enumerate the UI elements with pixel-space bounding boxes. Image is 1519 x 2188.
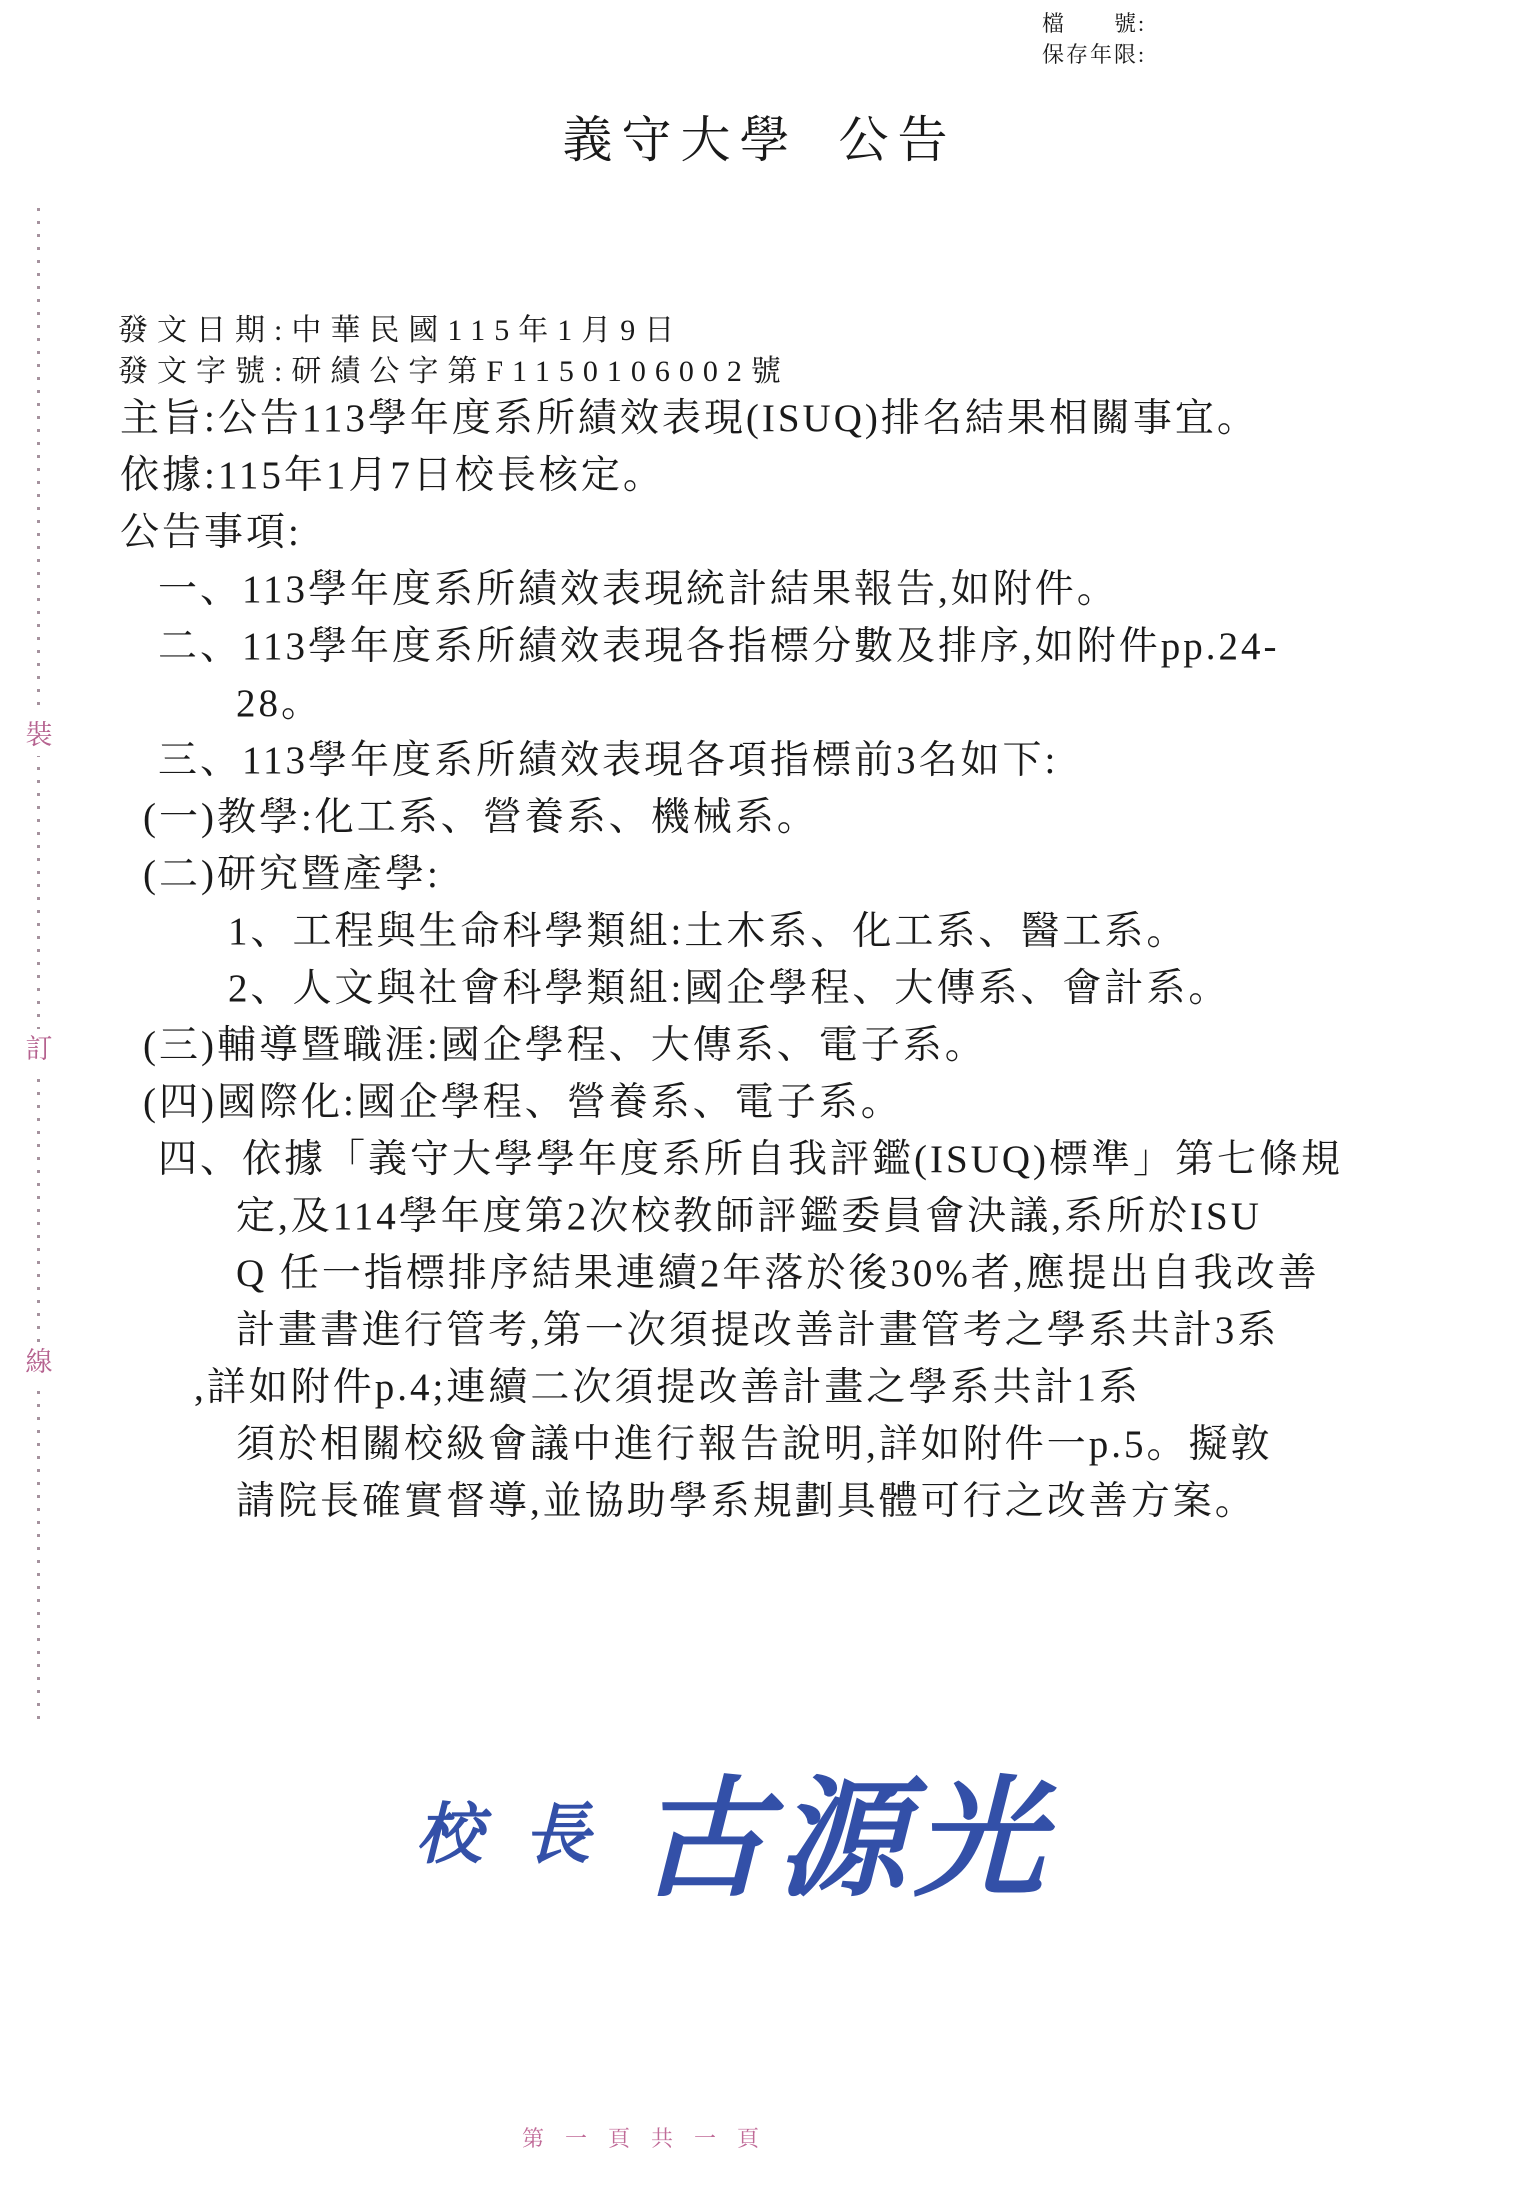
document-type: 公告 (839, 100, 957, 172)
page-title: 義守大學 公告 (0, 100, 1519, 172)
announcement-line: 三、113學年度系所績效表現各項指標前3名如下: (158, 732, 1450, 789)
announcement-line: 二、113學年度系所績效表現各指標分數及排序,如附件pp.24- (158, 618, 1450, 675)
announcement-line: 一、113學年度系所績效表現統計結果報告,如附件。 (158, 561, 1450, 618)
announcement-line: 須於相關校級會議中進行報告說明,詳如附件一p.5。擬敦 (236, 1416, 1450, 1473)
binding-dotted-line (37, 208, 40, 1720)
basis-line: 依據:115年1月7日校長核定。 (120, 447, 1450, 504)
announcement-line: (一)教學:化工系、營養系、機械系。 (143, 789, 1450, 846)
announcement-line: Q 任一指標排序結果連續2年落於後30%者,應提出自我改善 (236, 1245, 1450, 1302)
principal-signature: 校長 古源光 (416, 1748, 1052, 1908)
announcement-line: 定,及114學年度第2次校教師評鑑委員會決議,系所於ISU (236, 1188, 1450, 1245)
subject-line: 主旨:公告113學年度系所績效表現(ISUQ)排名結果相關事宜。 (120, 390, 1450, 447)
announcement-line: 28。 (236, 675, 1450, 732)
announcement-line: 四、依據「義守大學學年度系所自我評鑑(ISUQ)標準」第七條規 (158, 1131, 1450, 1188)
principal-title: 校長 (416, 1781, 632, 1876)
announcement-line: (四)國際化:國企學程、營養系、電子系。 (143, 1074, 1450, 1131)
announcement-line: 請院長確實督導,並協助學系規劃具體可行之改善方案。 (236, 1473, 1450, 1530)
binding-mark-ding: 訂 (21, 1029, 57, 1070)
page-footer: 第一頁共一頁 (522, 2122, 780, 2153)
file-info-block: 檔 號: 保存年限: (1042, 8, 1146, 70)
university-name: 義守大學 (563, 100, 799, 172)
announcement-line: (二)研究暨產學: (143, 846, 1450, 903)
announcement-line: ,詳如附件p.4;連續二次須提改善計畫之學系共計1系 (194, 1359, 1450, 1416)
announcement-line: 1、工程與生命科學類組:土木系、化工系、醫工系。 (228, 903, 1450, 960)
retention-period-label: 保存年限: (1042, 39, 1146, 70)
announcement-section-header: 公告事項: (120, 504, 1450, 561)
announcement-line: 計畫書進行管考,第一次須提改善計畫管考之學系共計3系 (236, 1302, 1450, 1359)
document-body: 主旨:公告113學年度系所績效表現(ISUQ)排名結果相關事宜。 依據:115年… (120, 390, 1450, 1530)
principal-name: 古源光 (638, 1735, 1052, 1922)
binding-mark-zhuang: 裝 (21, 715, 57, 756)
issue-date-line: 發文日期:中華民國115年1月9日 (118, 310, 790, 351)
announcement-line: (三)輔導暨職涯:國企學程、大傳系、電子系。 (143, 1017, 1450, 1074)
announcement-line: 2、人文與社會科學類組:國企學程、大傳系、會計系。 (228, 960, 1450, 1017)
file-number-label: 檔 號: (1042, 8, 1146, 39)
document-meta: 發文日期:中華民國115年1月9日 發文字號:研績公字第F1150106002號 (118, 310, 790, 392)
doc-number-line: 發文字號:研績公字第F1150106002號 (118, 351, 790, 392)
binding-mark-xian: 線 (21, 1342, 57, 1383)
announcement-page: 檔 號: 保存年限: 義守大學 公告 發文日期:中華民國115年1月9日 發文字… (0, 0, 1519, 2188)
